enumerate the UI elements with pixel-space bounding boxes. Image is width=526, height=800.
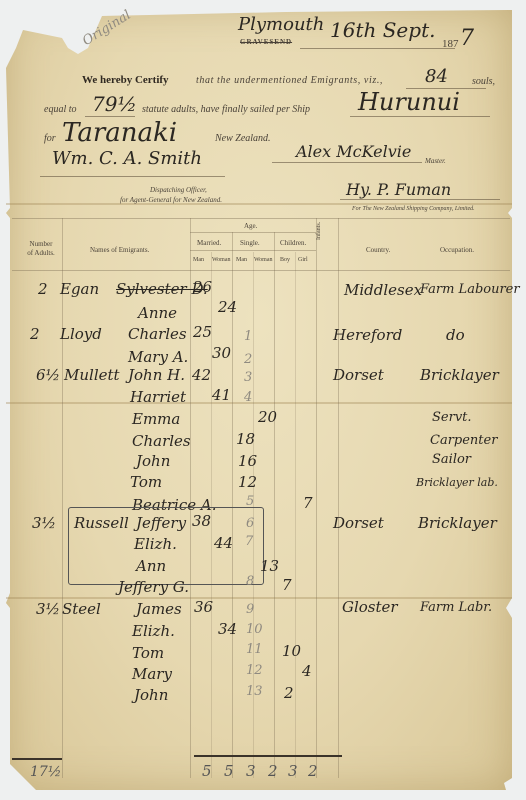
- dispatching-officer-signature: Wm. C. A. Smith: [52, 148, 202, 169]
- new-zealand-label: New Zealand.: [215, 133, 271, 144]
- row-married-woman: 30: [212, 344, 231, 362]
- row-surname: Russell: [74, 514, 129, 532]
- total-girl: 2: [308, 762, 318, 780]
- row-adults: 2: [38, 280, 48, 298]
- header-married: Married.: [197, 239, 221, 247]
- age-rule: [190, 232, 316, 233]
- row-adults: 3½: [36, 600, 60, 618]
- row-pencil-number: 7: [245, 534, 253, 549]
- fold-crease: [6, 402, 512, 404]
- header-number-of-adults: Number of Adults.: [26, 240, 56, 258]
- col-line: [295, 252, 296, 778]
- row-pencil-number: 11: [246, 642, 263, 657]
- row-married-man: 26: [193, 278, 212, 296]
- row-married-man: 25: [193, 323, 212, 341]
- dispatching-officer-rule: [40, 176, 225, 177]
- row-pencil-number: 9: [246, 602, 254, 617]
- row-given-name: Tom: [130, 473, 162, 491]
- row-occupation: Servt.: [432, 410, 472, 425]
- row-married-woman: 41: [212, 386, 231, 404]
- total-married-man: 5: [202, 762, 212, 780]
- row-surname: Egan: [60, 280, 99, 298]
- header-country: Country.: [366, 246, 390, 254]
- row-given-name: John: [134, 686, 168, 704]
- row-girl: 7: [303, 494, 313, 512]
- row-given-name: Jeffery G.: [118, 578, 189, 596]
- row-adults: 6½: [36, 366, 60, 384]
- row-given-name: Jeffery: [136, 514, 186, 532]
- col-line: [274, 232, 275, 778]
- header-married-man: Man: [193, 257, 204, 263]
- total-boy: 3: [288, 762, 298, 780]
- row-surname: Steel: [62, 600, 101, 618]
- row-married-man: 42: [192, 366, 211, 384]
- company-label: For The New Zealand Shipping Company, Li…: [352, 206, 475, 212]
- place-name: Plymouth: [238, 14, 324, 35]
- adults-rule: [85, 116, 135, 117]
- row-girl: 4: [302, 662, 312, 680]
- row-occupation: Bricklayer lab.: [416, 476, 498, 489]
- header-boy: Boy: [280, 257, 290, 263]
- header-girl: Girl: [298, 257, 308, 263]
- row-girl: 7: [282, 576, 292, 594]
- header-single-man: Man: [236, 257, 247, 263]
- row-surname: Mullett: [64, 366, 120, 384]
- header-children: Children.: [280, 239, 306, 247]
- header-married-woman: Woman: [212, 257, 231, 263]
- table-top-rule: [12, 218, 510, 219]
- row-boy: 2: [284, 684, 294, 702]
- row-given-name: John H.: [128, 366, 185, 384]
- year-hand: 7: [460, 26, 474, 51]
- row-given-name: Elizh.: [132, 622, 175, 640]
- row-given-name: James: [136, 600, 182, 618]
- total-married-woman: 5: [224, 762, 234, 780]
- row-country: Dorset: [333, 366, 384, 384]
- row-given-name: Ann: [136, 557, 166, 575]
- row-occupation: do: [446, 326, 465, 344]
- row-adults: 2: [30, 325, 40, 343]
- company-rule: [340, 199, 500, 200]
- row-pencil-number: 10: [246, 622, 263, 637]
- col-line: [62, 218, 63, 778]
- for-label: for: [44, 133, 56, 144]
- row-occupation: Sailor: [432, 452, 471, 467]
- col-line: [338, 218, 339, 778]
- souls-count: 84: [425, 66, 448, 87]
- header-single: Single.: [240, 239, 260, 247]
- fold-crease: [6, 597, 512, 599]
- row-married-woman: 24: [218, 298, 237, 316]
- ship-rule: [350, 116, 490, 117]
- destination: Taranaki: [62, 118, 177, 148]
- dispatching-officer-label: Dispatching Officer,: [150, 186, 207, 194]
- date-rule: [300, 48, 455, 49]
- row-single-woman: 20: [258, 408, 277, 426]
- row-single-woman: 13: [260, 557, 279, 575]
- table-header-rule: [12, 270, 510, 271]
- row-pencil-number: 1: [244, 329, 252, 344]
- equal-to-label: equal to: [44, 104, 77, 115]
- row-married-woman: 34: [218, 620, 237, 638]
- statute-adults: 79½: [92, 92, 137, 116]
- row-single-man: 16: [238, 452, 257, 470]
- row-pencil-number: 4: [244, 390, 252, 405]
- row-adults: 3½: [32, 514, 56, 532]
- header-age: Age.: [244, 222, 257, 230]
- row-pencil-number: 8: [246, 574, 254, 589]
- total-single-woman: 2: [268, 762, 278, 780]
- row-pencil-number: 6: [246, 516, 254, 531]
- row-occupation: Farm Labr.: [420, 600, 492, 615]
- col-line: [316, 218, 317, 778]
- row-given-name: Tom: [132, 644, 164, 662]
- row-given-name: Anne: [138, 304, 177, 322]
- row-single-man: 12: [238, 473, 257, 491]
- year-printed: 187: [442, 38, 459, 50]
- row-given-name: Elizh.: [134, 535, 177, 553]
- total-single-man: 3: [246, 762, 256, 780]
- statute-text: statute adults, have finally sailed per …: [142, 104, 310, 115]
- header-names: Names of Emigrants.: [90, 246, 149, 254]
- adults-total-rule: [12, 758, 62, 760]
- ship-name: Hurunui: [358, 88, 460, 116]
- row-given-name: John: [136, 452, 170, 470]
- row-occupation: Bricklayer: [418, 514, 497, 532]
- row-pencil-number: 3: [244, 370, 252, 385]
- row-pencil-number: 2: [244, 352, 252, 367]
- place-struck: GRAVESEND: [240, 38, 292, 46]
- header-infants: Infants.: [316, 222, 322, 240]
- row-country: Gloster: [342, 598, 398, 616]
- row-occupation: Carpenter: [430, 433, 497, 448]
- header-single-woman: Woman: [254, 257, 273, 263]
- row-given-name: Harriet: [130, 388, 186, 406]
- header-occupation: Occupation.: [440, 246, 474, 254]
- row-given-name: Emma: [132, 410, 180, 428]
- row-given-name: Mary: [132, 665, 172, 683]
- row-surname: Lloyd: [60, 325, 102, 343]
- fold-crease: [6, 203, 512, 205]
- adults-total: 17½: [30, 764, 61, 780]
- date-day: 16th Sept.: [330, 18, 435, 42]
- row-country: Dorset: [333, 514, 384, 532]
- row-occupation: Farm Labourer: [420, 282, 520, 297]
- master-rule: [272, 162, 422, 163]
- age-sub-rule: [190, 250, 316, 251]
- row-country: Hereford: [333, 326, 402, 344]
- row-married-woman: 44: [214, 534, 233, 552]
- row-occupation: Bricklayer: [420, 366, 499, 384]
- certify-heading: We hereby Certify: [82, 74, 169, 86]
- certify-text: that the undermentioned Emigrants, viz.,: [196, 75, 383, 86]
- row-given-name: Charles: [132, 432, 191, 450]
- row-single-man: 18: [236, 430, 255, 448]
- dispatching-officer-sub: for Agent-General for New Zealand.: [120, 196, 222, 204]
- row-given-name: Charles: [128, 325, 187, 343]
- row-country: Middlesex: [344, 281, 422, 299]
- row-married-man: 38: [192, 512, 211, 530]
- row-married-man: 36: [194, 598, 213, 616]
- master-label: Master.: [425, 157, 446, 165]
- row-pencil-number: 12: [246, 663, 263, 678]
- row-pencil-number: 13: [246, 684, 263, 699]
- souls-label: souls,: [472, 76, 495, 87]
- master-signature: Alex McKelvie: [296, 142, 411, 161]
- column-totals-rule: [194, 755, 342, 757]
- row-boy: 10: [282, 642, 301, 660]
- company-signature: Hy. P. Fuman: [346, 180, 451, 199]
- row-given-name: Mary A.: [128, 348, 188, 366]
